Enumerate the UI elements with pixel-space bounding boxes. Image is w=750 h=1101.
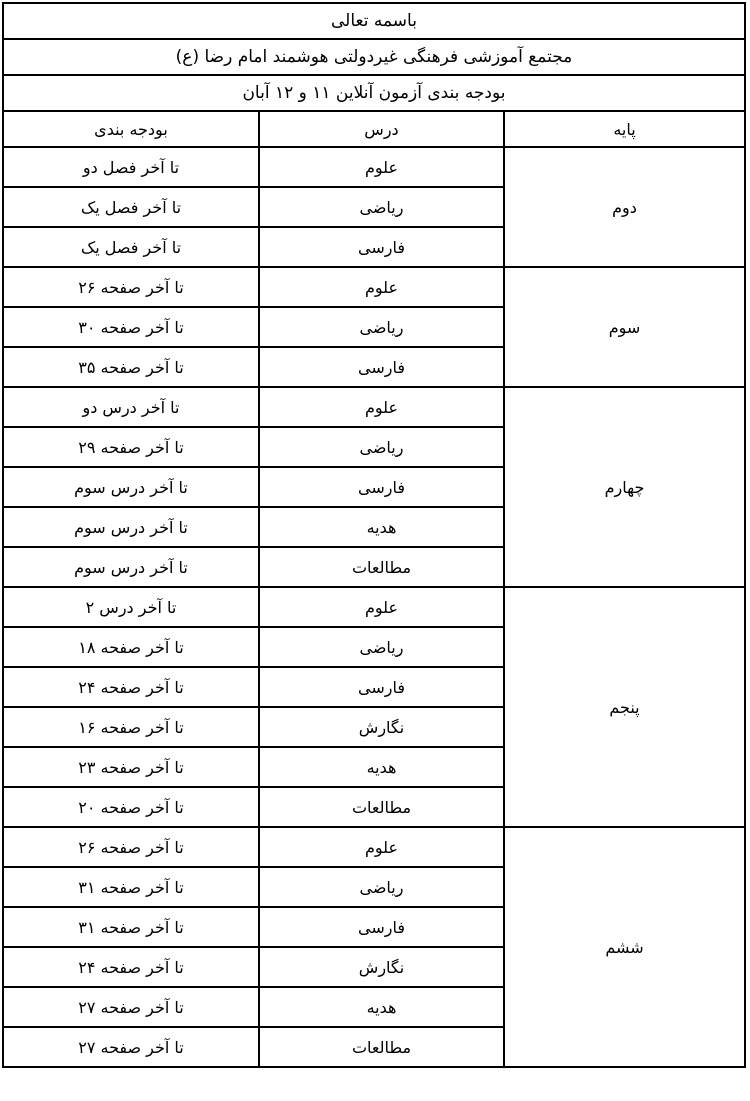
lesson-cell: فارسی <box>259 227 504 267</box>
budget-cell: تا آخر درس ۲ <box>3 587 259 627</box>
lesson-cell: علوم <box>259 587 504 627</box>
lesson-cell: ریاضی <box>259 187 504 227</box>
bismillah-text: باسمه تعالی <box>3 3 745 39</box>
lesson-cell: ریاضی <box>259 627 504 667</box>
budget-cell: تا آخر درس سوم <box>3 467 259 507</box>
lesson-cell: نگارش <box>259 947 504 987</box>
budget-cell: تا آخر صفحه ۲۶ <box>3 267 259 307</box>
lesson-cell: ریاضی <box>259 867 504 907</box>
budget-cell: تا آخر فصل دو <box>3 147 259 187</box>
lesson-cell: ریاضی <box>259 307 504 347</box>
grade-cell: دوم <box>504 147 745 267</box>
budget-cell: تا آخر فصل یک <box>3 187 259 227</box>
budget-cell: تا آخر صفحه ۲۰ <box>3 787 259 827</box>
column-header-row: پایه درس بودجه بندی <box>3 111 745 147</box>
table-row: چهارم علوم تا آخر درس دو <box>3 387 745 427</box>
budget-cell: تا آخر صفحه ۲۷ <box>3 1027 259 1067</box>
lesson-cell: فارسی <box>259 907 504 947</box>
lesson-cell: فارسی <box>259 347 504 387</box>
document-page: باسمه تعالی مجتمع آموزشی فرهنگی غیردولتی… <box>0 0 750 1101</box>
title-row-bismillah: باسمه تعالی <box>3 3 745 39</box>
lesson-cell: فارسی <box>259 667 504 707</box>
lesson-cell: علوم <box>259 147 504 187</box>
lesson-cell: مطالعات <box>259 787 504 827</box>
budget-cell: تا آخر صفحه ۲۹ <box>3 427 259 467</box>
exam-budget-table: باسمه تعالی مجتمع آموزشی فرهنگی غیردولتی… <box>2 2 746 1068</box>
budget-cell: تا آخر صفحه ۲۳ <box>3 747 259 787</box>
grade-cell: ششم <box>504 827 745 1067</box>
lesson-cell: نگارش <box>259 707 504 747</box>
budget-cell: تا آخر صفحه ۲۴ <box>3 947 259 987</box>
title-row-subtitle: بودجه بندی آزمون آنلاین ۱۱ و ۱۲ آبان <box>3 75 745 111</box>
lesson-cell: هدیه <box>259 987 504 1027</box>
budget-cell: تا آخر صفحه ۳۵ <box>3 347 259 387</box>
budget-cell: تا آخر درس سوم <box>3 507 259 547</box>
lesson-cell: ریاضی <box>259 427 504 467</box>
table-row: سوم علوم تا آخر صفحه ۲۶ <box>3 267 745 307</box>
budget-cell: تا آخر صفحه ۳۱ <box>3 907 259 947</box>
budget-cell: تا آخر صفحه ۱۶ <box>3 707 259 747</box>
grade-cell: پنجم <box>504 587 745 827</box>
school-name-text: مجتمع آموزشی فرهنگی غیردولتی هوشمند امام… <box>3 39 745 75</box>
budget-cell: تا آخر صفحه ۲۷ <box>3 987 259 1027</box>
budget-cell: تا آخر صفحه ۳۰ <box>3 307 259 347</box>
lesson-cell: علوم <box>259 387 504 427</box>
lesson-cell: مطالعات <box>259 547 504 587</box>
grade-cell: سوم <box>504 267 745 387</box>
budget-cell: تا آخر درس سوم <box>3 547 259 587</box>
subtitle-text: بودجه بندی آزمون آنلاین ۱۱ و ۱۲ آبان <box>3 75 745 111</box>
lesson-cell: علوم <box>259 267 504 307</box>
title-row-school: مجتمع آموزشی فرهنگی غیردولتی هوشمند امام… <box>3 39 745 75</box>
header-lesson: درس <box>259 111 504 147</box>
lesson-cell: هدیه <box>259 747 504 787</box>
budget-cell: تا آخر صفحه ۱۸ <box>3 627 259 667</box>
budget-cell: تا آخر صفحه ۳۱ <box>3 867 259 907</box>
budget-cell: تا آخر درس دو <box>3 387 259 427</box>
header-budget: بودجه بندی <box>3 111 259 147</box>
table-row: پنجم علوم تا آخر درس ۲ <box>3 587 745 627</box>
lesson-cell: مطالعات <box>259 1027 504 1067</box>
budget-cell: تا آخر صفحه ۲۶ <box>3 827 259 867</box>
header-grade: پایه <box>504 111 745 147</box>
grade-cell: چهارم <box>504 387 745 587</box>
table-row: دوم علوم تا آخر فصل دو <box>3 147 745 187</box>
lesson-cell: فارسی <box>259 467 504 507</box>
lesson-cell: علوم <box>259 827 504 867</box>
budget-cell: تا آخر فصل یک <box>3 227 259 267</box>
budget-cell: تا آخر صفحه ۲۴ <box>3 667 259 707</box>
table-row: ششم علوم تا آخر صفحه ۲۶ <box>3 827 745 867</box>
lesson-cell: هدیه <box>259 507 504 547</box>
